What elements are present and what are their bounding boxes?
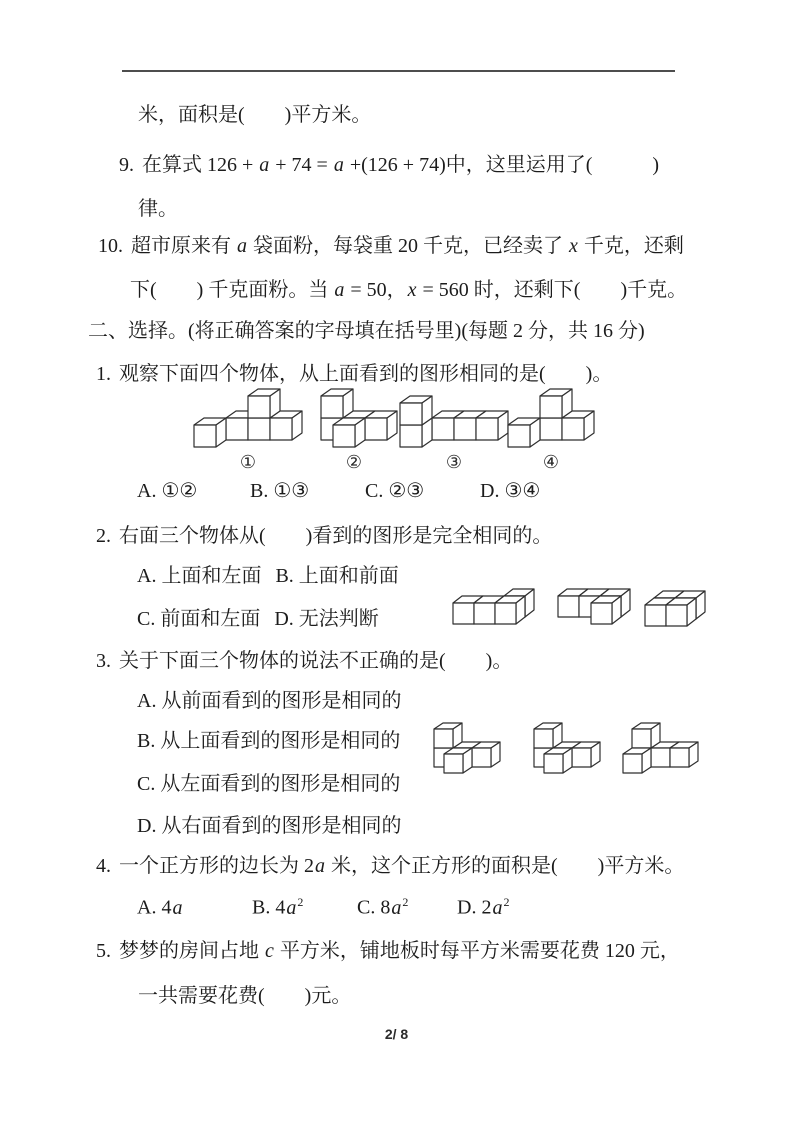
q4-seg1: 一个正方形的边长为 2 [119,855,314,877]
question-2: 2.右面三个物体从( )看到的图形是完全相同的。 [96,523,552,550]
q3-option-a: A. 从前面看到的图形是相同的 [137,690,401,712]
q8-text: 米，面积是( )平方米。 [138,104,371,126]
q3-option-b: B. 从上面看到的图形是相同的 [137,730,400,752]
q10-l2-var-x: x [407,279,418,301]
q4-option-c: C. 8a2 [357,895,408,920]
q4-seg2: 米，这个正方形的面积是( )平方米。 [326,855,684,877]
q10-seg1: 超市原来有 [131,235,236,257]
q9-var-a1: a [258,154,270,176]
cube-figure-2 [308,388,400,448]
q1-figure-1: ① [190,388,306,473]
q4-option-a-label: A. 4 [137,897,171,919]
q3-option-d: D. 从右面看到的图形是相同的 [137,815,401,837]
q10-seg2: 袋面粉，每袋重 20 千克，已经卖了 [248,235,568,257]
cube-figure-8 [424,722,501,774]
worksheet-page: 米，面积是( )平方米。 9.在算式 126 + a + 74 = a +(12… [0,0,793,1122]
section-2-title: 二、选择。(将正确答案的字母填在括号里)(每题 2 分，共 16 分) [88,320,645,342]
q10-l2seg3: = 560 时，还剩下( )千克。 [418,279,688,301]
q9-seg3: +(126 + 74)中，这里运用了( ) [345,154,659,176]
page-number: 2/ 8 [0,1026,793,1042]
cube-figure-9 [524,722,601,774]
q2-option-d: D. 无法判断 [274,608,378,630]
question-3: 3.关于下面三个物体的说法不正确的是( )。 [96,648,512,675]
q1-option-a: A. ①② [137,478,197,503]
q5-number: 5. [96,938,111,965]
q1-figure-1-label: ① [190,452,306,473]
q4-option-b: B. 4a2 [252,895,303,920]
q9-number: 9. [119,152,134,179]
q8-continuation-line: 米，面积是( )平方米。 [138,102,371,129]
q10-var-a: a [236,235,248,257]
question-9: 9.在算式 126 + a + 74 = a +(126 + 74)中，这里运用… [119,152,659,179]
q3-option-b-line: B. 从上面看到的图形是相同的 [137,728,400,755]
q2-option-b: B. 上面和前面 [275,565,398,587]
q5-line2: 一共需要花费( )元。 [138,983,351,1010]
q3-figure-2 [524,722,601,774]
q4-var-a: a [314,855,326,877]
q10-number: 10. [98,233,123,260]
q4-option-d-label: D. 2 [457,897,491,919]
q3-text: 关于下面三个物体的说法不正确的是( )。 [119,650,512,672]
question-1: 1.观察下面四个物体，从上面看到的图形相同的是( )。 [96,361,612,388]
cube-figure-4 [505,388,597,448]
q1-figure-3-label: ③ [396,452,512,473]
q1-options-row: A. ①② B. ①③ C. ②③ D. ③④ [0,478,700,505]
q4-option-a: A. 4a [137,895,183,920]
q2-figure-1 [452,588,535,625]
q2-figure-2 [548,588,631,625]
q2-text: 右面三个物体从( )看到的图形是完全相同的。 [119,525,552,547]
q1-figure-4: ④ [505,388,597,473]
q4-option-c-var: a [390,897,402,919]
q1-option-c: C. ②③ [365,478,424,503]
q4-option-d-var: a [491,897,503,919]
q4-option-b-sup: 2 [297,895,303,909]
q1-number: 1. [96,361,111,388]
q4-options-row: A. 4a B. 4a2 C. 8a2 D. 2a2 [0,895,700,922]
cube-figure-6 [548,588,631,625]
cube-figure-1 [190,388,306,448]
q9-seg2: + 74 = [270,154,333,176]
q3-option-c: C. 从左面看到的图形是相同的 [137,773,400,795]
q10-line2: 下( ) 千克面粉。当 a = 50，x = 560 时，还剩下( )千克。 [130,277,687,304]
q1-text: 观察下面四个物体，从上面看到的图形相同的是( )。 [119,363,612,385]
q4-option-a-var: a [171,897,183,919]
q9-var-a2: a [333,154,345,176]
q3-option-c-line: C. 从左面看到的图形是相同的 [137,771,400,798]
q5-var-c: c [264,940,275,962]
q1-figure-3: ③ [396,388,512,473]
q4-option-c-sup: 2 [402,895,408,909]
cube-figure-10 [622,722,699,774]
q3-figure-3 [622,722,699,774]
q2-option-a: A. 上面和左面 [137,565,261,587]
section-2-heading: 二、选择。(将正确答案的字母填在括号里)(每题 2 分，共 16 分) [88,318,645,345]
q3-option-a-line: A. 从前面看到的图形是相同的 [137,688,401,715]
q1-option-d: D. ③④ [480,478,540,503]
q9-line2: 律。 [138,196,178,223]
q9-seg1: 在算式 126 + [142,154,258,176]
q2-options-ab: A. 上面和左面B. 上面和前面 [137,563,399,590]
q5-seg1: 梦梦的房间占地 [119,940,264,962]
top-rule [122,70,675,72]
q9-line2-text: 律。 [138,198,178,220]
q2-figure-3 [644,590,706,627]
q10-l2seg2: = 50， [345,279,406,301]
q10-l2-var-a: a [333,279,345,301]
q4-option-d-sup: 2 [503,895,509,909]
cube-figure-3 [396,388,512,448]
q4-number: 4. [96,853,111,880]
q5-seg2: 平方米，铺地板时每平方米需要花费 120 元， [275,940,680,962]
q4-option-c-label: C. 8 [357,897,390,919]
cube-figure-7 [644,590,706,627]
cube-figure-5 [452,588,535,625]
q4-option-d: D. 2a2 [457,895,509,920]
question-5: 5.梦梦的房间占地 c 平方米，铺地板时每平方米需要花费 120 元， [96,938,680,965]
question-4: 4.一个正方形的边长为 2a 米，这个正方形的面积是( )平方米。 [96,853,684,880]
q4-option-b-var: a [285,897,297,919]
q4-option-b-label: B. 4 [252,897,285,919]
q3-number: 3. [96,648,111,675]
q1-option-b: B. ①③ [250,478,309,503]
q1-figure-2: ② [308,388,400,473]
q2-options-cd: C. 前面和左面D. 无法判断 [137,606,379,633]
q1-figure-2-label: ② [308,452,400,473]
q3-figure-1 [424,722,501,774]
q5-line2-text: 一共需要花费( )元。 [138,985,351,1007]
q3-option-d-line: D. 从右面看到的图形是相同的 [137,813,401,840]
q2-option-c: C. 前面和左面 [137,608,260,630]
q2-number: 2. [96,523,111,550]
q10-var-x: x [568,235,579,257]
q1-figure-4-label: ④ [505,452,597,473]
question-10: 10.超市原来有 a 袋面粉，每袋重 20 千克，已经卖了 x 千克，还剩 [98,233,684,260]
q10-l2seg1: 下( ) 千克面粉。当 [130,279,333,301]
q10-seg3: 千克，还剩 [579,235,684,257]
